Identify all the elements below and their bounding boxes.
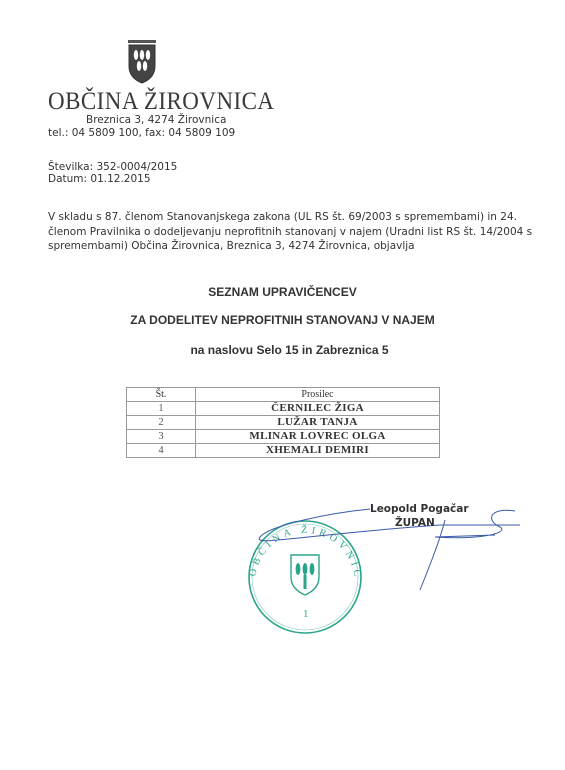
document-location: na naslovu Selo 15 in Zabreznica 5: [0, 343, 565, 357]
intro-line: spremembami) Občina Žirovnica, Breznica …: [48, 239, 528, 254]
table-row: 4 XHEMALI DEMIRI: [127, 444, 440, 458]
organization-phone: tel.: 04 5809 100, fax: 04 5809 109: [48, 127, 235, 139]
svg-text:1: 1: [303, 608, 309, 620]
intro-paragraph: V skladu s 87. členom Stanovanjskega zak…: [48, 210, 528, 254]
applicant-name: MLINAR LOVREC OLGA: [196, 430, 440, 444]
document-number: Številka: 352-0004/2015: [48, 161, 177, 173]
row-number: 1: [127, 402, 196, 416]
document-date: Datum: 01.12.2015: [48, 173, 151, 185]
organization-address: Breznica 3, 4274 Žirovnica: [86, 114, 226, 126]
table-row: 3 MLINAR LOVREC OLGA: [127, 430, 440, 444]
applicant-name: ČERNILEC ŽIGA: [196, 402, 440, 416]
row-number: 2: [127, 416, 196, 430]
document-title: SEZNAM UPRAVIČENCEV: [0, 285, 565, 299]
applicant-name: LUŽAR TANJA: [196, 416, 440, 430]
column-header-applicant: Prosilec: [196, 388, 440, 402]
table-row: 2 LUŽAR TANJA: [127, 416, 440, 430]
row-number: 4: [127, 444, 196, 458]
table-row: 1 ČERNILEC ŽIGA: [127, 402, 440, 416]
applicants-table: Št. Prosilec 1 ČERNILEC ŽIGA 2 LUŽAR TAN…: [126, 387, 440, 458]
row-number: 3: [127, 430, 196, 444]
applicant-name: XHEMALI DEMIRI: [196, 444, 440, 458]
signer-name: Leopold Pogačar: [370, 503, 469, 515]
signer-title: ŽUPAN: [395, 517, 435, 529]
column-header-number: Št.: [127, 388, 196, 402]
intro-line: členom Pravilnika o dodeljevanju neprofi…: [48, 225, 528, 240]
table-header-row: Št. Prosilec: [127, 388, 440, 402]
document-subtitle: ZA DODELITEV NEPROFITNIH STANOVANJ V NAJ…: [0, 313, 565, 327]
intro-line: V skladu s 87. členom Stanovanjskega zak…: [48, 210, 528, 225]
organization-name: OBČINA ŽIROVNICA: [48, 88, 275, 116]
coat-of-arms-logo-icon: [128, 40, 156, 84]
